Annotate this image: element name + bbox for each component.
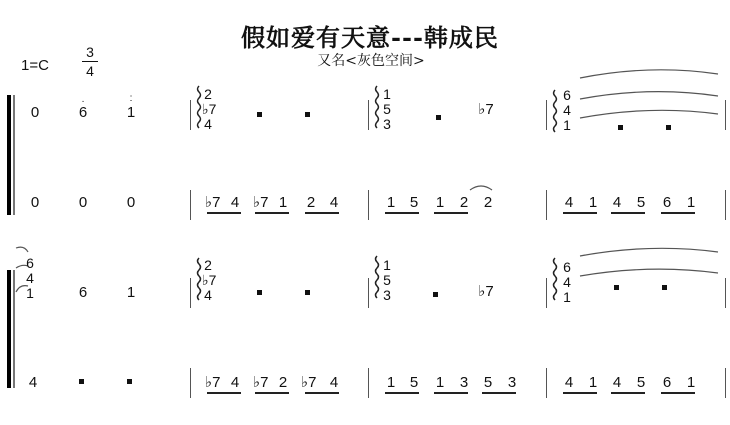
note: 1 <box>587 375 599 390</box>
barline <box>368 278 369 308</box>
note: 1 <box>434 195 446 210</box>
barline <box>368 368 369 398</box>
note: ♭7 <box>301 375 313 390</box>
beam <box>305 392 339 394</box>
rest-dash <box>436 115 441 120</box>
barline <box>190 100 191 130</box>
note: ♭7 <box>253 375 265 390</box>
note: 5 <box>408 375 420 390</box>
note: 6 <box>77 285 89 300</box>
high-dot: · <box>77 99 89 105</box>
note-flat-seven: ♭7 <box>476 284 496 299</box>
note: 5 <box>635 195 647 210</box>
rest-dash <box>257 290 262 295</box>
note: ♭7 <box>205 195 217 210</box>
beam <box>563 212 597 214</box>
chord: 2 ♭7 4 <box>202 258 214 303</box>
note: ·6 <box>77 105 89 120</box>
note: 0 <box>29 195 41 210</box>
beam <box>434 392 468 394</box>
beam <box>661 392 695 394</box>
note: 4 <box>229 195 241 210</box>
note: 4 <box>27 375 39 390</box>
start-barline-thick <box>7 95 11 215</box>
note: 5 <box>482 375 494 390</box>
barline <box>546 100 547 130</box>
rest-dash <box>662 285 667 290</box>
note: 6 <box>661 195 673 210</box>
note: 1 <box>125 285 137 300</box>
note: ♭7 <box>205 375 217 390</box>
note: 1 <box>685 195 697 210</box>
note: 2 <box>458 195 470 210</box>
note: 2 <box>305 195 317 210</box>
note: 1 <box>385 375 397 390</box>
beam <box>385 212 419 214</box>
note: 3 <box>458 375 470 390</box>
note: ♭7 <box>253 195 265 210</box>
barline <box>190 190 191 220</box>
chord: 6 4 1 <box>24 256 36 301</box>
beam <box>305 212 339 214</box>
note: 0 <box>77 195 89 210</box>
barline <box>368 190 369 220</box>
note: 4 <box>611 375 623 390</box>
start-barline-thin <box>13 95 15 215</box>
note: 0 <box>125 195 137 210</box>
barline <box>546 278 547 308</box>
rest-dash <box>305 112 310 117</box>
note: 6 <box>661 375 673 390</box>
note: 1 <box>434 375 446 390</box>
note: 4 <box>563 375 575 390</box>
rest-dash <box>614 285 619 290</box>
note: 4 <box>229 375 241 390</box>
chord: 6 4 1 <box>561 260 573 305</box>
beam <box>434 212 468 214</box>
note: 5 <box>635 375 647 390</box>
rest-dash <box>79 379 84 384</box>
beam <box>661 212 695 214</box>
note: 1 <box>277 195 289 210</box>
barline <box>546 190 547 220</box>
start-barline-thick <box>7 270 11 388</box>
note: 2 <box>277 375 289 390</box>
beam <box>207 212 241 214</box>
rest-dash <box>305 290 310 295</box>
beam <box>385 392 419 394</box>
note: 4 <box>328 195 340 210</box>
barline <box>190 368 191 398</box>
barline <box>368 100 369 130</box>
rest-dash <box>433 292 438 297</box>
note: 0 <box>29 105 41 120</box>
beam <box>611 392 645 394</box>
note: :1 <box>125 105 137 120</box>
beam <box>482 392 516 394</box>
note: 2 <box>482 195 494 210</box>
barline <box>725 190 726 220</box>
rest-dash <box>257 112 262 117</box>
barline <box>725 278 726 308</box>
note: 3 <box>506 375 518 390</box>
barline <box>725 100 726 130</box>
note: 4 <box>563 195 575 210</box>
chord: 1 5 3 <box>381 258 393 303</box>
beam <box>255 392 289 394</box>
chord: 6 4 1 <box>561 88 573 133</box>
barline <box>546 368 547 398</box>
rest-dash <box>618 125 623 130</box>
rest-dash <box>666 125 671 130</box>
rest-dash <box>127 379 132 384</box>
beam <box>611 212 645 214</box>
beam <box>255 212 289 214</box>
note: 1 <box>685 375 697 390</box>
chord: 2 ♭7 4 <box>202 87 214 132</box>
note: 1 <box>587 195 599 210</box>
barline <box>725 368 726 398</box>
note: 4 <box>328 375 340 390</box>
note-flat-seven: ♭7 <box>476 102 496 117</box>
beam <box>207 392 241 394</box>
note: 5 <box>408 195 420 210</box>
high-dot: : <box>125 96 137 102</box>
start-barline-thin <box>13 270 15 388</box>
beam <box>563 392 597 394</box>
chord: 1 5 3 <box>381 87 393 132</box>
note: 4 <box>611 195 623 210</box>
note: 1 <box>385 195 397 210</box>
barline <box>190 278 191 308</box>
